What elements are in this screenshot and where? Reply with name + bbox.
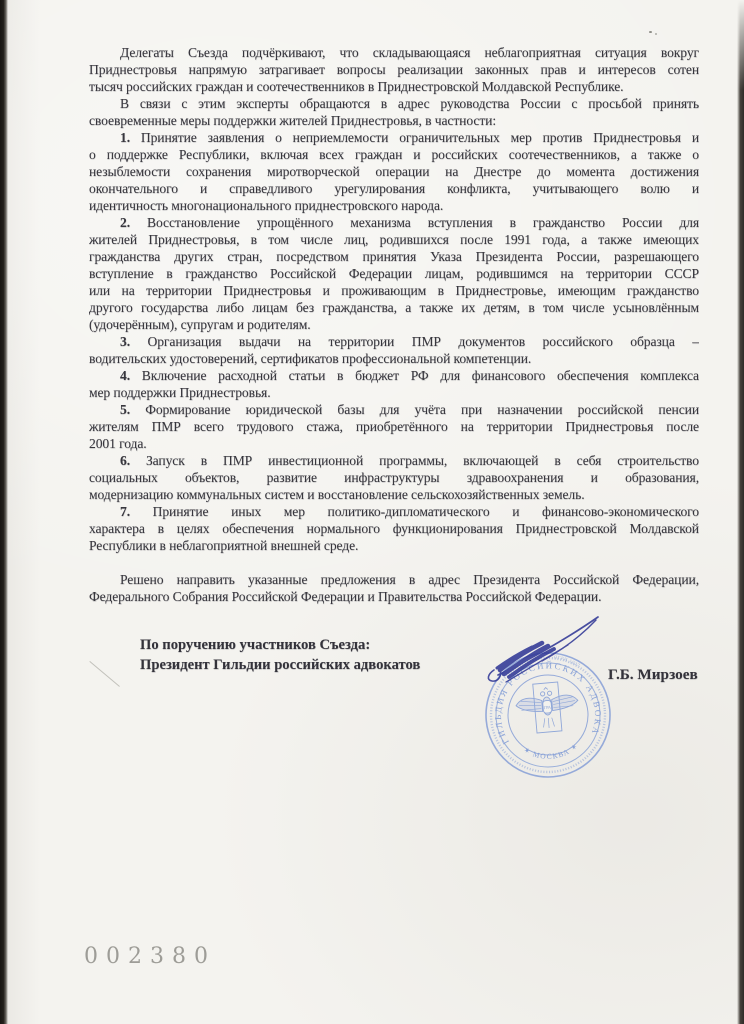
document-body: Делегаты Съезда подчёркивают, что склады… [89,44,699,605]
signer-name: Г.Б. Мирзоев [608,666,698,684]
text-line: гражданства других стран, посредством пр… [89,248,699,265]
signoff-by-order: По поручению участников Съезда: [140,636,420,656]
text-line: незыблемости сохранения миротворческой о… [89,163,699,180]
signoff-block: По поручению участников Съезда: Президен… [140,636,420,675]
numbered-paragraph: 1. Принятие заявления о неприемлемости о… [89,129,699,214]
text-line: 7. Принятие иных мер политико-дипломатич… [89,503,699,520]
text-line: идентичность многонационального приднест… [89,197,699,214]
stamp-center-monogram: ГРА [543,705,551,711]
text-line: 6. Запуск в ПМР инвестиционной программы… [89,452,699,469]
signoff-title: Президент Гильдии российских адвокатов [140,656,420,676]
text-line: Республики в неблагоприятной внешней сре… [89,537,699,554]
document-number-stamp: 002380 [84,944,216,969]
text-line: 2. Восстановление упрощённого механизма … [89,214,699,231]
scan-edge-right [737,0,744,1024]
text-line: 1. Принятие заявления о неприемлемости о… [89,129,699,146]
text-line: о поддержке Республики, включая всех гра… [89,146,699,163]
paragraph: Делегаты Съезда подчёркивают, что склады… [89,44,699,95]
text-line: своевременные меры поддержки жителей При… [89,112,699,129]
text-line: 2001 года. [89,435,699,452]
scan-speck [655,33,657,35]
text-line: водительских удостоверений, сертификатов… [89,350,699,367]
paragraph: В связи с этим эксперты обращаются в адр… [89,95,699,129]
text-line: (удочерённым), супругам и родителям. [89,316,699,333]
item-number: 3. [120,334,130,349]
text-line: В связи с этим эксперты обращаются в адр… [89,95,699,112]
item-number: 6. [120,453,130,468]
scan-scratch-mark [89,661,120,687]
numbered-paragraph: 4. Включение расходной статьи в бюджет Р… [89,367,699,401]
numbered-paragraph: 2. Восстановление упрощённого механизма … [89,214,699,333]
svg-text:✶ МОСКВА ✶: ✶ МОСКВА ✶ [521,740,581,763]
scan-speck [649,31,652,33]
numbered-paragraph: 6. Запуск в ПМР инвестиционной программы… [89,452,699,503]
text-line: или на территории Приднестровья и прожив… [89,282,699,299]
text-line: тысяч российских граждан и соотечественн… [89,78,699,95]
text-line: окончательного и справедливого урегулиро… [89,180,699,197]
text-line: другого государства либо лицам без гражд… [89,299,699,316]
text-line: Решено направить указанные предложения в… [89,571,699,588]
scan-edge-left [0,0,8,1024]
item-number: 7. [120,504,130,519]
text-line: жителей Приднестровья, в том числе лиц, … [89,231,699,248]
text-line: 3. Организация выдачи на территории ПМР … [89,333,699,350]
text-line: жителям ПМР всего трудового стажа, приоб… [89,418,699,435]
item-number: 1. [120,130,130,145]
stamp-bottom-text: ✶ МОСКВА ✶ [521,740,581,763]
text-line: модернизацию коммунальных систем и восст… [89,486,699,503]
numbered-paragraph: 3. Организация выдачи на территории ПМР … [89,333,699,367]
text-line: социальных объектов, развитие инфраструк… [89,469,699,486]
text-line: вступление в гражданство Российской Феде… [89,265,699,282]
text-line: характера в целях обеспечения нормальног… [89,520,699,537]
signature [480,598,612,690]
text-line: Делегаты Съезда подчёркивают, что склады… [89,44,699,61]
numbered-paragraph: 7. Принятие иных мер политико-дипломатич… [89,503,699,554]
item-number: 2. [120,215,130,230]
text-line: 4. Включение расходной статьи в бюджет Р… [89,367,699,384]
item-number: 4. [120,368,130,383]
numbered-paragraph: 5. Формирование юридической базы для учё… [89,401,699,452]
text-line: Приднестровья напрямую затрагивает вопро… [89,61,699,78]
item-number: 5. [120,402,130,417]
text-line: мер поддержки Приднестровья. [89,384,699,401]
text-line: 5. Формирование юридической базы для учё… [89,401,699,418]
